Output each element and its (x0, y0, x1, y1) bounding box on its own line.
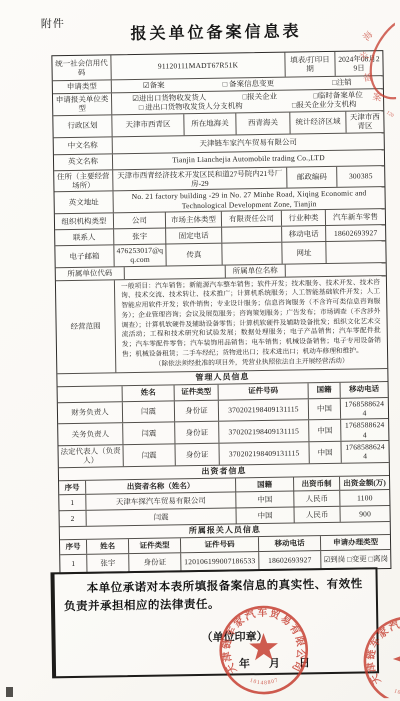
contact-value: 张宇 (113, 229, 165, 245)
parent-code-value (124, 265, 225, 279)
page-title: 报关单位备案信息表 (51, 17, 381, 45)
mobile-cell: 17685886244 (340, 441, 388, 463)
id-type-cell: 身份证 (174, 422, 218, 443)
nationality-cell: 中国 (308, 420, 340, 441)
investor-name-header: 出资者名称（姓名） (85, 478, 235, 493)
id-type-header: 证件类型 (128, 538, 180, 553)
nationality-header: 国籍 (235, 477, 293, 491)
unit-type-options: ☑进出口货物收发货人 □报关企业 □临时备案单位 □ 进出口货物收发货人分支机构… (111, 89, 383, 114)
market-type-label: 市场主体类型 (165, 212, 221, 228)
unit-type-label: 申请报关单位类型 (53, 93, 111, 115)
checkbox-option-cancel: □注销 (332, 78, 352, 88)
currency-cell: 人民币 (293, 491, 339, 507)
org-type-label: 组织机构类型 (55, 213, 113, 229)
id-no-header: 证件号码 (180, 537, 258, 552)
name-header: 姓名 (86, 539, 128, 554)
svg-text:10148807: 10148807 (393, 688, 400, 697)
website-value (325, 241, 385, 263)
address-value: 天津市西青经济技术开发区民和道27号院内21号厂房-29 (112, 167, 286, 190)
contact-label: 联系人 (55, 229, 113, 245)
mobile-value: 18602693927 (325, 225, 385, 241)
nationality-cell: 中国 (235, 507, 293, 523)
company-seal-number: 10148807 (249, 677, 280, 686)
currency-header: 出资币制 (293, 477, 339, 491)
stat-region-value: 天津市西青区 (345, 111, 383, 132)
seq-cell: 1 (59, 495, 85, 510)
region-label: 行政区划 (53, 115, 111, 137)
parent-name-label: 所属单位名称 (225, 264, 285, 277)
name-cell: 闫震 (122, 423, 174, 445)
apply-type-label: 申请类型 (53, 80, 111, 93)
signature-date-line: 年 月 日 (239, 654, 314, 671)
print-date-value: 2024年08月29日 (334, 51, 382, 76)
id-no-cell: 370202198409131115 (218, 399, 308, 421)
industry-value: 汽车新车零售 (325, 209, 385, 225)
zip-label: 邮政编码 (286, 166, 336, 188)
business-scope-value: 一般项目：汽车销售；新能源汽车整车销售；软件开发；技术服务、技术开发、技术咨询、… (114, 276, 387, 372)
tel-label: 固定电话 (165, 228, 221, 244)
nationality-cell: 中国 (308, 442, 340, 463)
fax-value (221, 243, 281, 265)
region-value: 天津市西青区 (111, 114, 183, 136)
company-seal-number: 10148807 (393, 688, 400, 697)
investor-name-cell: 天津车探汽车贸易有限公司 (85, 492, 235, 509)
commitment-text: 本单位承诺对本表所填报备案信息的真实性、有效性负责并承担相应的法律责任。 (55, 569, 377, 617)
scanned-form-page: 附件 报关单位备案信息表 统一社会信用代码 91120111MADT67R51K… (0, 0, 400, 701)
business-scope-text: 一般项目：汽车销售；新能源汽车整车销售；软件开发；技术服务、技术开发、技术咨询、… (121, 278, 381, 360)
checkbox-option-filing: ☑备案 (143, 81, 165, 91)
seq-cell: 2 (60, 511, 86, 526)
seq-header: 序号 (59, 481, 85, 494)
mobile-cell: 18602693927 (258, 551, 320, 570)
name-cell: 闫震 (122, 444, 174, 466)
role-cell: 法定代表人（负责人） (58, 445, 122, 467)
credit-code-label: 统一社会信用代码 (52, 55, 110, 80)
id-type-cell: 身份证 (128, 553, 180, 572)
seq-header: 序号 (60, 540, 86, 554)
id-type-header: 证件类型 (174, 384, 218, 400)
commitment-box: 本单位承诺对本表所填报备案信息的真实性、有效性负责并承担相应的法律责任。 （单位… (50, 567, 379, 678)
checkbox-option-broker: □报关企业 (243, 92, 278, 102)
unit-seal-label: （单位印章） (201, 628, 267, 645)
org-type-value: 公司 (113, 213, 165, 229)
tel-value (221, 227, 281, 243)
address-label: 住所（主要经营场所） (54, 170, 112, 192)
corner-seal-digits: 120 (385, 111, 394, 120)
email-value: 476253017@qq.com (113, 245, 165, 267)
id-type-cell: 身份证 (174, 400, 218, 421)
currency-cell: 人民币 (293, 507, 339, 523)
name-cell: 闫震 (122, 401, 174, 423)
nationality-header: 国籍 (308, 382, 340, 398)
nationality-cell: 中国 (308, 398, 340, 419)
name-header: 姓名 (122, 385, 174, 401)
print-date-label: 填表/打印日期 (284, 52, 334, 77)
document-sheet: 附件 报关单位备案信息表 统一社会信用代码 91120111MADT67R51K… (0, 0, 400, 701)
stat-region-label: 统计经济区域 (289, 111, 345, 133)
investor-name-cell: 闫震 (86, 508, 236, 525)
amount-cell: 900 (339, 506, 389, 522)
credit-code-value: 91120111MADT67R51K (110, 53, 284, 80)
scan-artifact-mark (6, 687, 13, 697)
id-type-cell: 身份证 (174, 444, 218, 465)
mobile-cell: 17685886244 (340, 398, 388, 420)
checkbox-option-broker-branch: □报关企业分支机构 (292, 100, 357, 110)
industry-label: 行业种类 (281, 210, 325, 226)
name-cell: 张宇 (86, 554, 128, 573)
id-no-cell: 370202198409131115 (218, 421, 308, 443)
mobile-label: 移动电话 (281, 226, 325, 242)
cn-name-label: 中文名称 (54, 137, 112, 154)
id-no-header: 证件号码 (218, 383, 308, 399)
svg-text:10148807: 10148807 (249, 677, 280, 686)
seq-cell: 1 (60, 555, 86, 573)
customs-label: 所在地海关 (183, 113, 235, 135)
zip-value: 300385 (336, 166, 384, 188)
mobile-header: 移动电话 (258, 536, 320, 551)
website-label: 网址 (281, 242, 325, 263)
role-cell: 财务负责人 (58, 402, 122, 424)
market-type-value: 有限责任公司 (221, 211, 281, 227)
en-address-value: No. 21 factory building -29 in No. 27 Mi… (113, 187, 385, 212)
checkbox-option-consignee-branch: □ 进出口货物收发货人分支机构 (139, 102, 243, 113)
mobile-header: 移动电话 (340, 382, 388, 398)
parent-code-label: 所属单位代码 (56, 267, 124, 280)
id-no-cell: 370202198409131115 (218, 442, 308, 464)
role-cell: 关务负责人 (58, 424, 122, 446)
business-scope-label: 经营范围 (56, 280, 115, 373)
apply-type-cell: ☑到岗 □变更 □离岗 (320, 550, 390, 569)
fax-label: 传真 (165, 244, 221, 266)
id-no-cell: 120106199007186533 (180, 552, 258, 571)
amount-cell: 1100 (339, 490, 389, 506)
en-address-label: 英文地址 (55, 192, 113, 214)
mobile-cell: 17685886244 (340, 419, 388, 441)
parent-name-value (285, 263, 386, 277)
role-header (58, 386, 122, 402)
nationality-cell: 中国 (235, 491, 293, 507)
en-name-label: 英文名称 (54, 154, 112, 170)
customs-value: 西青海关 (235, 112, 289, 134)
checkbox-option-change: □ 备案信息变更 (223, 79, 275, 89)
table-row: 经营范围 一般项目：汽车销售；新能源汽车整车销售；软件开发；技术服务、技术开发、… (56, 275, 387, 373)
apply-type-header: 申请办理类型 (320, 535, 390, 550)
email-label: 电子邮箱 (55, 245, 113, 267)
amount-header: 出资金额(万) (339, 476, 389, 490)
filing-info-table: 统一社会信用代码 91120111MADT67R51K 填表/打印日期 2024… (51, 50, 391, 574)
